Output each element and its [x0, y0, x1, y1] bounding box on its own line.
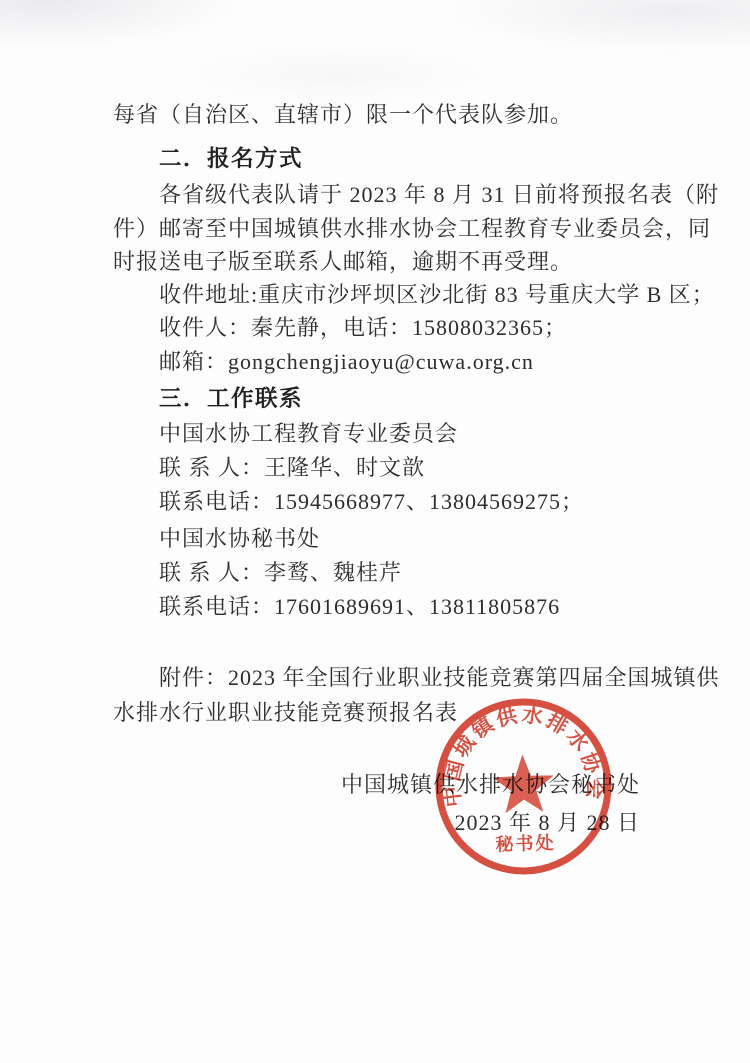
- document-page: 每省（自治区、直辖市）限一个代表队参加。 二．报名方式 各省级代表队请于 202…: [0, 0, 750, 1063]
- section-heading-contact: 三．工作联系: [113, 386, 686, 412]
- official-seal: 中国城镇供水排水协会 秘书处: [430, 693, 617, 880]
- secretariat-contacts-line: 联 系 人：李鹜、魏桂芹: [113, 560, 686, 586]
- registration-paragraph-line-2: 件）邮寄至中国城镇供水排水协会工程教育专业委员会，同: [113, 216, 640, 242]
- section-heading-registration: 二．报名方式: [113, 146, 686, 172]
- recipient-line: 收件人：秦先静，电话：15808032365；: [113, 315, 686, 341]
- attachment-line-1: 附件：2023 年全国行业职业技能竞赛第四届全国城镇供: [113, 665, 686, 691]
- secretariat-name-line: 中国水协秘书处: [113, 526, 686, 552]
- seal-bottom-text: 秘书处: [495, 832, 556, 855]
- secretariat-phones-line: 联系电话：17601689691、13811805876: [113, 594, 686, 620]
- registration-paragraph-line-1: 各省级代表队请于 2023 年 8 月 31 日前将预报名表（附: [113, 182, 686, 208]
- intro-line: 每省（自治区、直辖市）限一个代表队参加。: [113, 102, 640, 128]
- mailing-address-line: 收件地址:重庆市沙坪坝区沙北街 83 号重庆大学 B 区；: [113, 282, 686, 308]
- star-icon: [492, 753, 555, 813]
- email-line: 邮箱：gongchengjiaoyu@cuwa.org.cn: [113, 349, 686, 375]
- registration-paragraph-line-3: 时报送电子版至联系人邮箱，逾期不再受理。: [113, 249, 640, 275]
- committee-phones-line: 联系电话：15945668977、13804569275；: [113, 489, 686, 515]
- committee-name-line: 中国水协工程教育专业委员会: [113, 421, 686, 447]
- committee-contacts-line: 联 系 人：王隆华、时文歆: [113, 455, 686, 481]
